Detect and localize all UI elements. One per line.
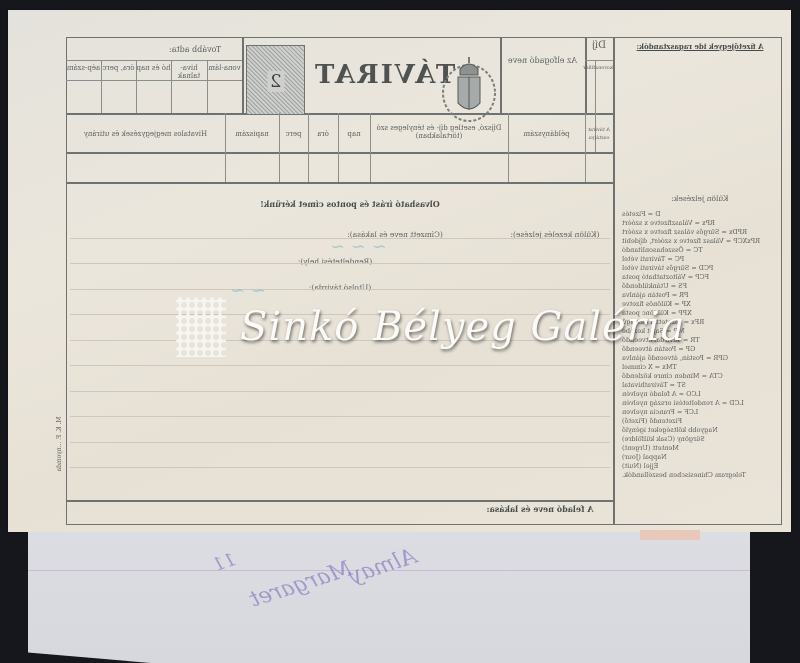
field-label-destination: (Rendeltetési hely): [285,258,385,266]
handwriting-3: 11 [210,549,238,576]
column-header: óra [308,130,338,138]
special-marks-footer: Telegram Chinesischen beszéllandók. [622,471,772,480]
column-header: óra, perc [101,64,136,72]
handwriting-1: Almay [346,544,420,589]
column-header: aép-szám [66,64,101,72]
stamp-outline-icon [176,297,226,357]
column-header: példányszám [508,130,585,138]
column-header: hó és nap [136,64,171,72]
fee-column: fillér [585,64,595,72]
ruled-line [70,263,610,264]
stamp-value: 2 [267,71,284,92]
attached-paper-strip: Almay Margaret 11 [28,532,750,663]
ruled-line [70,467,610,468]
column-header: napiszám [225,130,279,138]
divider [66,182,613,184]
special-mark-item: Mentett (Urgent) [622,444,772,453]
divider [242,37,244,113]
watermark-text: Sinkó Bélyeg Galéria [240,304,685,350]
divider [66,500,613,502]
divider [338,113,339,182]
column-header: A távirat osztálya [585,126,613,142]
special-mark-item: Fizetendő (Fizető) [622,417,772,426]
ruled-line [70,365,610,366]
special-mark-item: TMx = X címmel [622,363,772,372]
divider [308,113,309,182]
special-mark-item: PCD = Sürgős távirati vétel [622,264,772,273]
fee-label: Díj [585,42,613,50]
coat-of-arms-icon [440,55,498,125]
special-mark-item: FCP = Változtatható posta [622,273,772,282]
divider [508,113,509,182]
column-header: Díjszó, esetleg díj- és tényleges szó (t… [370,124,508,140]
column-header: hiva-talnak [171,64,207,80]
divider [613,37,615,524]
special-mark-item: ST = Távirathivatal [622,381,772,390]
ruled-line [70,289,610,290]
special-mark-item: Nappal (Jour) [622,453,772,462]
ruled-line [70,442,610,443]
special-mark-item: Sürgöny (Csak külföldre) [622,435,772,444]
column-header: nap [338,130,370,138]
special-mark-item: RPDx = Sürgős válasz fizetve x szóért [622,228,772,237]
special-mark-item: FS = Utánküldendő [622,282,772,291]
column-header: perc [279,130,308,138]
special-mark-item: LCO = A feladó nyelvén [622,390,772,399]
recipient-office-label: Az elfogadó neve [500,57,585,65]
special-mark-item: TC = Összehasonlítandó [622,246,772,255]
column-header: vona-lám [207,64,242,72]
torn-edge [640,530,700,540]
gallery-watermark: Sinkó Bélyeg Galéria [176,297,685,357]
divider [66,60,242,61]
divider [66,113,613,115]
special-marks-header: Külön jelzések: [660,195,740,203]
special-mark-item: PC = Távirati vétel [622,255,772,264]
notes-header: A fizetőjegyek ide ragasztandók: [620,43,780,51]
divider [500,37,502,113]
form-title: TÁVIRAT [313,60,455,90]
divider [585,60,613,61]
divider [279,113,280,182]
printer-imprint: M. K. F. ...nyomda [56,374,64,514]
special-mark-item: D = Fizetés [622,210,772,219]
ruled-line [70,416,610,417]
divider [225,113,226,182]
special-mark-item: Éjjel (Nuit) [622,462,772,471]
printed-stamp: 2 [246,45,305,115]
special-mark-item: RPx = Válaszfizetve x szóért [622,219,772,228]
divider [66,152,613,154]
ruled-line [70,391,610,392]
field-label-last-office: (Utolsó távirda): [300,284,380,292]
sender-label: A feladó neve és lakása: [470,505,610,513]
divider [585,113,586,182]
special-mark-item: CTA = Minden címre közlendő [622,372,772,381]
column-header: Hivatalos megjegyzések és utirány [66,130,225,138]
forwarded-by-label: Tovább adta: [150,46,240,54]
special-mark-item: Nagyobb költségeket igénylő [622,426,772,435]
bleed-through-ink: ~ ~ ~ [330,236,387,257]
fee-column: korona [595,64,613,72]
special-mark-item: LCD = A rendeltetési ország nyelvén [622,399,772,408]
special-mark-item: LCF = Francia nyelven [622,408,772,417]
handwriting-2: Margaret [247,556,355,612]
special-mark-item: RPxXCP = Válasz fizetve x szóért, díjdeb… [622,237,772,246]
divider [66,80,242,81]
instruction-text: Olvasható írást és pontos címet kérünk! [250,200,450,208]
